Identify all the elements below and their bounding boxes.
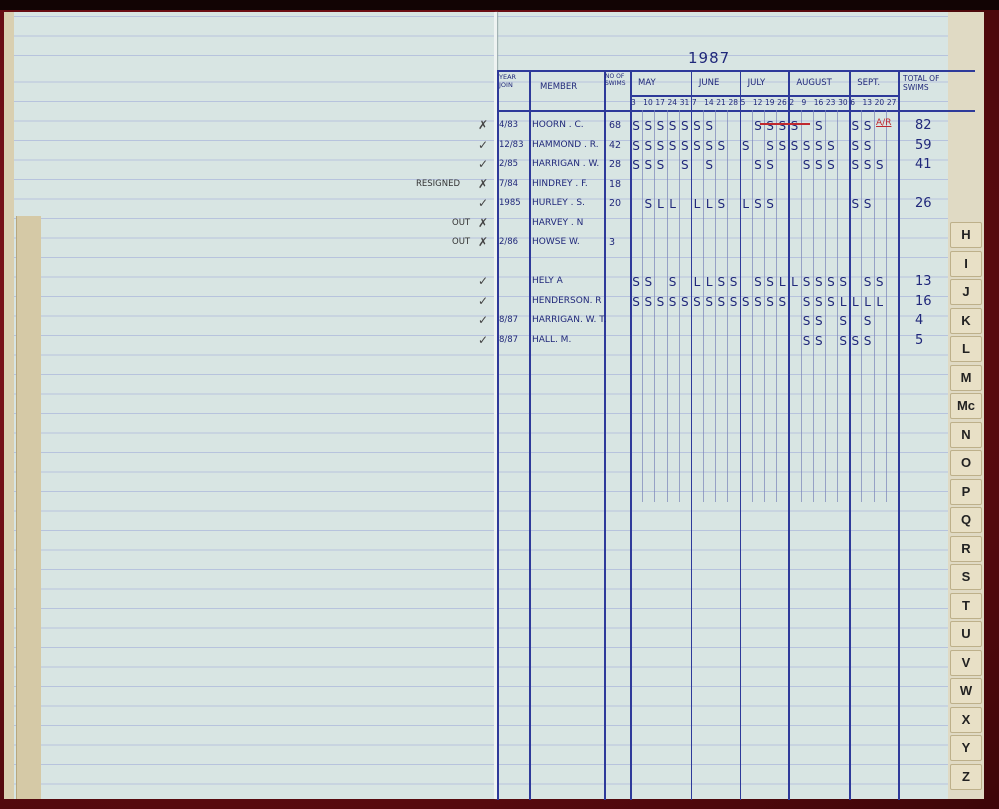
swim-mark: S bbox=[801, 334, 813, 348]
member-join-date: 4/83 bbox=[499, 120, 518, 130]
swim-mark: L bbox=[861, 295, 873, 309]
swim-mark: S bbox=[703, 139, 715, 153]
index-tab-n[interactable]: N bbox=[950, 422, 982, 448]
index-tab-o[interactable]: O bbox=[950, 450, 982, 476]
member-prev-swims: 28 bbox=[609, 159, 621, 170]
member-status-mark: ✓ bbox=[478, 333, 488, 347]
index-tab-l[interactable]: L bbox=[950, 336, 982, 362]
index-tab-x[interactable]: X bbox=[950, 707, 982, 733]
swim-mark: S bbox=[813, 314, 825, 328]
swim-mark: S bbox=[740, 295, 752, 309]
member-prev-swims: 3 bbox=[609, 237, 615, 248]
header-top-rule bbox=[497, 70, 975, 72]
swim-mark: S bbox=[642, 119, 654, 133]
swim-mark: S bbox=[801, 139, 813, 153]
swim-mark: S bbox=[825, 139, 837, 153]
member-name: HARRIGAN . W. bbox=[532, 159, 599, 169]
swim-mark: S bbox=[691, 119, 703, 133]
swim-mark: L bbox=[776, 275, 788, 289]
member-name: HURLEY . S. bbox=[532, 198, 585, 208]
swim-mark: S bbox=[752, 158, 764, 172]
date-label: 21 bbox=[716, 98, 726, 107]
swim-mark: S bbox=[679, 119, 691, 133]
swim-mark: S bbox=[642, 158, 654, 172]
month-header: JUNE bbox=[699, 78, 719, 88]
member-join-date: 12/83 bbox=[499, 140, 524, 150]
member-join-date: 2/86 bbox=[499, 237, 518, 247]
swim-mark: S bbox=[727, 295, 739, 309]
swim-mark: S bbox=[874, 275, 886, 289]
date-label: 2 bbox=[789, 98, 794, 107]
swim-mark: L bbox=[849, 295, 861, 309]
member-join-date: 8/87 bbox=[499, 335, 518, 345]
swim-mark: S bbox=[849, 119, 861, 133]
swim-mark: S bbox=[861, 197, 873, 211]
swim-mark: S bbox=[837, 314, 849, 328]
swim-mark: S bbox=[703, 119, 715, 133]
index-tab-j[interactable]: J bbox=[950, 279, 982, 305]
swim-mark: L bbox=[703, 275, 715, 289]
member-join-date: 7/84 bbox=[499, 179, 518, 189]
swim-mark: L bbox=[837, 295, 849, 309]
swim-mark: S bbox=[667, 119, 679, 133]
swim-mark: S bbox=[654, 119, 666, 133]
swim-mark: S bbox=[764, 139, 776, 153]
column-rule bbox=[898, 70, 900, 800]
date-rule bbox=[886, 110, 887, 502]
date-label: 14 bbox=[704, 98, 714, 107]
swim-mark: S bbox=[801, 295, 813, 309]
swim-mark: S bbox=[849, 197, 861, 211]
member-status-mark: ✗ bbox=[478, 235, 488, 249]
member-status-mark: ✗ bbox=[478, 118, 488, 132]
swim-mark: S bbox=[667, 295, 679, 309]
member-status-mark: ✓ bbox=[478, 138, 488, 152]
member-total: 82 bbox=[915, 118, 932, 133]
swim-mark: S bbox=[764, 119, 776, 133]
date-label: 10 bbox=[643, 98, 653, 107]
date-label: 19 bbox=[765, 98, 775, 107]
swim-mark: S bbox=[801, 275, 813, 289]
member-name: HARVEY . N bbox=[532, 218, 583, 228]
swim-mark: S bbox=[813, 295, 825, 309]
member-total: 41 bbox=[915, 157, 932, 172]
member-total: 13 bbox=[915, 274, 932, 289]
swim-mark: S bbox=[813, 334, 825, 348]
swim-mark: S bbox=[764, 158, 776, 172]
swim-mark: S bbox=[764, 275, 776, 289]
month-header: MAY bbox=[638, 78, 656, 88]
swim-mark: S bbox=[801, 314, 813, 328]
member-annotation: A/R bbox=[876, 118, 891, 128]
swim-mark: S bbox=[825, 158, 837, 172]
swim-mark: S bbox=[849, 139, 861, 153]
member-name: HELY A bbox=[532, 276, 563, 286]
header-member: MEMBER bbox=[540, 82, 577, 92]
index-tab-t[interactable]: T bbox=[950, 593, 982, 619]
member-prev-swims: 18 bbox=[609, 179, 621, 190]
swim-mark: S bbox=[813, 275, 825, 289]
member-note: OUT bbox=[452, 237, 470, 247]
index-tab-h[interactable]: H bbox=[950, 222, 982, 248]
member-prev-swims: 20 bbox=[609, 198, 621, 209]
swim-mark: S bbox=[861, 334, 873, 348]
index-tab-i[interactable]: I bbox=[950, 251, 982, 277]
swim-mark: S bbox=[667, 275, 679, 289]
member-note: OUT bbox=[452, 218, 470, 228]
member-name: HOORN . C. bbox=[532, 120, 584, 130]
member-total: 26 bbox=[915, 196, 932, 211]
index-tab-s[interactable]: S bbox=[950, 564, 982, 590]
member-join-date: 8/87 bbox=[499, 315, 518, 325]
swim-mark: S bbox=[630, 275, 642, 289]
swim-mark: S bbox=[825, 275, 837, 289]
swim-mark: S bbox=[642, 275, 654, 289]
month-rule bbox=[788, 70, 790, 800]
member-status-mark: ✓ bbox=[478, 313, 488, 327]
swim-mark: S bbox=[630, 295, 642, 309]
index-tab-q[interactable]: Q bbox=[950, 507, 982, 533]
member-status-mark: ✓ bbox=[478, 294, 488, 308]
swim-mark: S bbox=[654, 158, 666, 172]
swim-mark: S bbox=[679, 139, 691, 153]
top-shadow bbox=[0, 0, 999, 10]
swim-mark: L bbox=[740, 197, 752, 211]
date-label: 12 bbox=[753, 98, 763, 107]
member-status-mark: ✗ bbox=[478, 216, 488, 230]
index-tab-r[interactable]: R bbox=[950, 536, 982, 562]
swim-mark: S bbox=[837, 334, 849, 348]
swim-mark: L bbox=[788, 275, 800, 289]
member-name: HINDREY . F. bbox=[532, 179, 588, 189]
column-rule bbox=[604, 70, 606, 800]
swim-mark: S bbox=[715, 139, 727, 153]
member-status-mark: ✓ bbox=[478, 274, 488, 288]
swim-mark: S bbox=[861, 139, 873, 153]
swim-mark: S bbox=[764, 295, 776, 309]
left-page bbox=[14, 12, 495, 799]
member-join-date: 1985 bbox=[499, 198, 521, 208]
date-label: 26 bbox=[777, 98, 787, 107]
month-rule bbox=[691, 70, 693, 800]
swim-mark: S bbox=[642, 295, 654, 309]
swim-mark: L bbox=[691, 197, 703, 211]
member-name: HARRIGAN. W. T. bbox=[532, 315, 607, 325]
swim-mark: S bbox=[752, 275, 764, 289]
swim-mark: S bbox=[849, 334, 861, 348]
member-total: 59 bbox=[915, 138, 932, 153]
member-name: HAMMOND . R. bbox=[532, 140, 599, 150]
swim-mark: S bbox=[861, 158, 873, 172]
swim-mark: S bbox=[776, 295, 788, 309]
index-tab-mc[interactable]: Mc bbox=[950, 393, 982, 419]
member-name: HALL. M. bbox=[532, 335, 571, 345]
member-status-mark: ✗ bbox=[478, 177, 488, 191]
swim-mark: S bbox=[788, 119, 800, 133]
member-total: 4 bbox=[915, 313, 923, 328]
index-tab-u[interactable]: U bbox=[950, 621, 982, 647]
index-tab-k[interactable]: K bbox=[950, 308, 982, 334]
date-label: 16 bbox=[814, 98, 824, 107]
date-label: 6 bbox=[850, 98, 855, 107]
swim-mark: S bbox=[837, 275, 849, 289]
swim-mark: S bbox=[764, 197, 776, 211]
month-rule bbox=[849, 70, 851, 800]
swim-mark: L bbox=[691, 275, 703, 289]
member-name: HOWSE W. bbox=[532, 237, 580, 247]
date-label: 9 bbox=[802, 98, 807, 107]
swim-mark: S bbox=[861, 275, 873, 289]
swim-mark: S bbox=[813, 158, 825, 172]
date-label: 27 bbox=[887, 98, 897, 107]
member-name: HENDERSON. R bbox=[532, 296, 602, 306]
swim-mark: S bbox=[630, 139, 642, 153]
swim-mark: S bbox=[642, 197, 654, 211]
header-no-of-swims: NO OF SWIMS bbox=[605, 73, 629, 87]
swim-mark: L bbox=[667, 197, 679, 211]
date-label: 28 bbox=[728, 98, 738, 107]
swim-mark: S bbox=[703, 295, 715, 309]
month-header: SEPT. bbox=[857, 78, 880, 88]
member-join-date: 2/85 bbox=[499, 159, 518, 169]
swim-mark: S bbox=[715, 275, 727, 289]
red-strike-line bbox=[760, 123, 810, 125]
header-bottom-rule bbox=[497, 110, 975, 112]
swim-mark: S bbox=[861, 314, 873, 328]
header-mid-rule bbox=[630, 95, 898, 97]
date-label: 23 bbox=[826, 98, 836, 107]
date-label: 3 bbox=[631, 98, 636, 107]
index-tab-w[interactable]: W bbox=[950, 678, 982, 704]
left-tab-strip bbox=[16, 216, 41, 799]
swim-mark: S bbox=[727, 275, 739, 289]
right-page bbox=[496, 12, 948, 799]
index-tab-p[interactable]: P bbox=[950, 479, 982, 505]
member-total: 5 bbox=[915, 333, 923, 348]
header-total: TOTAL OF SWIMS bbox=[903, 74, 963, 92]
member-status-mark: ✓ bbox=[478, 157, 488, 171]
header-year-join: YEAR JOIN bbox=[499, 73, 527, 89]
index-tab-y[interactable]: Y bbox=[950, 735, 982, 761]
date-label: 30 bbox=[838, 98, 848, 107]
member-prev-swims: 42 bbox=[609, 140, 621, 151]
index-tab-z[interactable]: Z bbox=[950, 764, 982, 790]
month-header: JULY bbox=[748, 78, 766, 88]
swim-mark: S bbox=[825, 295, 837, 309]
swim-mark: S bbox=[861, 119, 873, 133]
month-header: AUGUST bbox=[796, 78, 831, 88]
swim-mark: S bbox=[776, 139, 788, 153]
date-label: 31 bbox=[680, 98, 690, 107]
member-prev-swims: 68 bbox=[609, 120, 621, 131]
date-label: 5 bbox=[741, 98, 746, 107]
member-total: 16 bbox=[915, 294, 932, 309]
index-tab-v[interactable]: V bbox=[950, 650, 982, 676]
date-label: 24 bbox=[668, 98, 678, 107]
column-rule bbox=[630, 70, 632, 800]
swim-mark: S bbox=[703, 158, 715, 172]
swim-mark: S bbox=[715, 197, 727, 211]
swim-mark: S bbox=[630, 158, 642, 172]
member-note: RESIGNED bbox=[416, 179, 460, 189]
swim-mark: S bbox=[801, 158, 813, 172]
swim-mark: S bbox=[788, 139, 800, 153]
swim-mark: L bbox=[703, 197, 715, 211]
member-status-mark: ✓ bbox=[478, 196, 488, 210]
swim-mark: S bbox=[630, 119, 642, 133]
register-year: 1987 bbox=[688, 49, 730, 67]
date-label: 17 bbox=[655, 98, 665, 107]
swim-mark: S bbox=[776, 119, 788, 133]
swim-mark: S bbox=[740, 139, 752, 153]
swim-mark: S bbox=[667, 139, 679, 153]
swim-mark: S bbox=[849, 158, 861, 172]
swim-mark: S bbox=[691, 295, 703, 309]
swim-mark: S bbox=[679, 295, 691, 309]
swim-mark: L bbox=[654, 197, 666, 211]
swim-mark: S bbox=[874, 158, 886, 172]
swim-mark: S bbox=[715, 295, 727, 309]
month-rule bbox=[740, 70, 742, 800]
date-label: 13 bbox=[862, 98, 872, 107]
swim-mark: S bbox=[752, 197, 764, 211]
swim-mark: S bbox=[813, 139, 825, 153]
column-rule bbox=[529, 70, 531, 800]
swim-mark: L bbox=[874, 295, 886, 309]
swim-mark: S bbox=[813, 119, 825, 133]
swim-mark: S bbox=[679, 158, 691, 172]
swim-mark: S bbox=[654, 139, 666, 153]
date-label: 7 bbox=[692, 98, 697, 107]
swim-mark: S bbox=[752, 119, 764, 133]
date-label: 20 bbox=[875, 98, 885, 107]
swim-mark: S bbox=[691, 139, 703, 153]
index-tab-m[interactable]: M bbox=[950, 365, 982, 391]
swim-mark: S bbox=[654, 295, 666, 309]
swim-mark: S bbox=[752, 295, 764, 309]
swim-mark: S bbox=[642, 139, 654, 153]
